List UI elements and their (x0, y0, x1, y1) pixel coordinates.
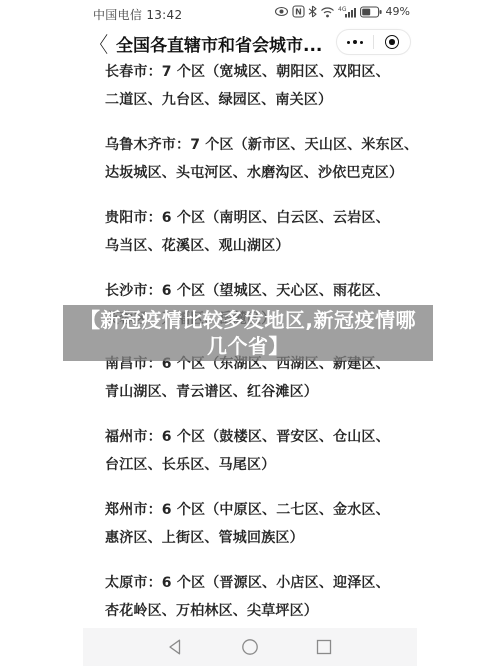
watermark-text-line2: 几个省】 (207, 333, 289, 359)
nav-recents-square-icon[interactable] (314, 637, 334, 657)
dot (353, 40, 358, 45)
section-line: 乌当区、花溪区、观山湖区） (105, 232, 425, 260)
back-chevron-icon[interactable]: 〈 (91, 27, 108, 58)
section-line: 达坂城区、头屯河区、水磨沟区、沙依巴克区） (105, 159, 425, 187)
watermark-overlay: 【新冠疫情比较多发地区,新冠疫情哪 几个省】 (63, 305, 433, 361)
city-section-taiyuan: 太原市：6 个区（晋源区、小店区、迎泽区、 杏花岭区、万柏林区、尖草坪区） (105, 569, 425, 625)
city-section-urumqi: 乌鲁木齐市：7 个区（新市区、天山区、米东区、 达坂城区、头屯河区、水磨沟区、沙… (105, 131, 425, 187)
status-bar: 中国电信 13:42 N (0, 0, 500, 26)
bluetooth-icon (308, 5, 317, 18)
exit-ring (385, 35, 399, 49)
section-line: 郑州市：6 个区（中原区、二七区、金水区、 (105, 496, 425, 524)
signal-4g-icon: 4G (338, 5, 357, 18)
circle-dot-exit-icon[interactable] (374, 30, 410, 54)
svg-text:N: N (295, 8, 302, 17)
section-line: 杏花岭区、万柏林区、尖草坪区） (105, 597, 425, 625)
section-line: 长沙市：6 个区（望城区、天心区、雨花区、 (105, 277, 425, 305)
status-icons: N 4G (274, 5, 410, 18)
city-section-guiyang: 贵阳市：6 个区（南明区、白云区、云岩区、 乌当区、花溪区、观山湖区） (105, 204, 425, 260)
section-line: 乌鲁木齐市：7 个区（新市区、天山区、米东区、 (105, 131, 425, 159)
section-line: 贵阳市：6 个区（南明区、白云区、云岩区、 (105, 204, 425, 232)
wifi-icon (320, 6, 335, 18)
battery-percent-label: 49% (386, 5, 410, 18)
city-section-fuzhou: 福州市：6 个区（鼓楼区、晋安区、仓山区、 台江区、长乐区、马尾区） (105, 423, 425, 479)
exit-dot (389, 39, 395, 45)
app-header: 〈 全国各直辖市和省会城市... (0, 26, 500, 58)
nfc-icon: N (292, 5, 305, 18)
section-line: 二道区、九台区、绿园区、南关区） (105, 86, 425, 114)
section-line: 太原市：6 个区（晋源区、小店区、迎泽区、 (105, 569, 425, 597)
watermark-text-line1: 【新冠疫情比较多发地区,新冠疫情哪 (80, 307, 416, 333)
section-line: 惠济区、上街区、管城回族区） (105, 524, 425, 552)
miniprogram-capsule (336, 29, 411, 55)
eye-comfort-icon (274, 5, 289, 18)
nav-home-circle-icon[interactable] (240, 637, 260, 657)
page-title: 全国各直辖市和省会城市... (116, 31, 322, 56)
android-nav-bar (83, 628, 417, 666)
more-dots-icon[interactable] (337, 30, 373, 54)
section-line: 长春市：7 个区（宽城区、朝阳区、双阳区、 (105, 58, 425, 86)
section-line: 台江区、长乐区、马尾区） (105, 451, 425, 479)
section-line: 青山湖区、青云谱区、红谷滩区） (105, 378, 425, 406)
section-line: 福州市：6 个区（鼓楼区、晋安区、仓山区、 (105, 423, 425, 451)
carrier-and-time: 中国电信 13:42 (93, 6, 182, 23)
city-section-zhengzhou: 郑州市：6 个区（中原区、二七区、金水区、 惠济区、上街区、管城回族区） (105, 496, 425, 552)
city-section-changchun: 长春市：7 个区（宽城区、朝阳区、双阳区、 二道区、九台区、绿园区、南关区） (105, 58, 425, 114)
dot (360, 41, 363, 44)
svg-text:4G: 4G (338, 6, 347, 13)
battery-icon (360, 6, 382, 18)
nav-back-triangle-icon[interactable] (166, 637, 186, 657)
dot (347, 41, 350, 44)
